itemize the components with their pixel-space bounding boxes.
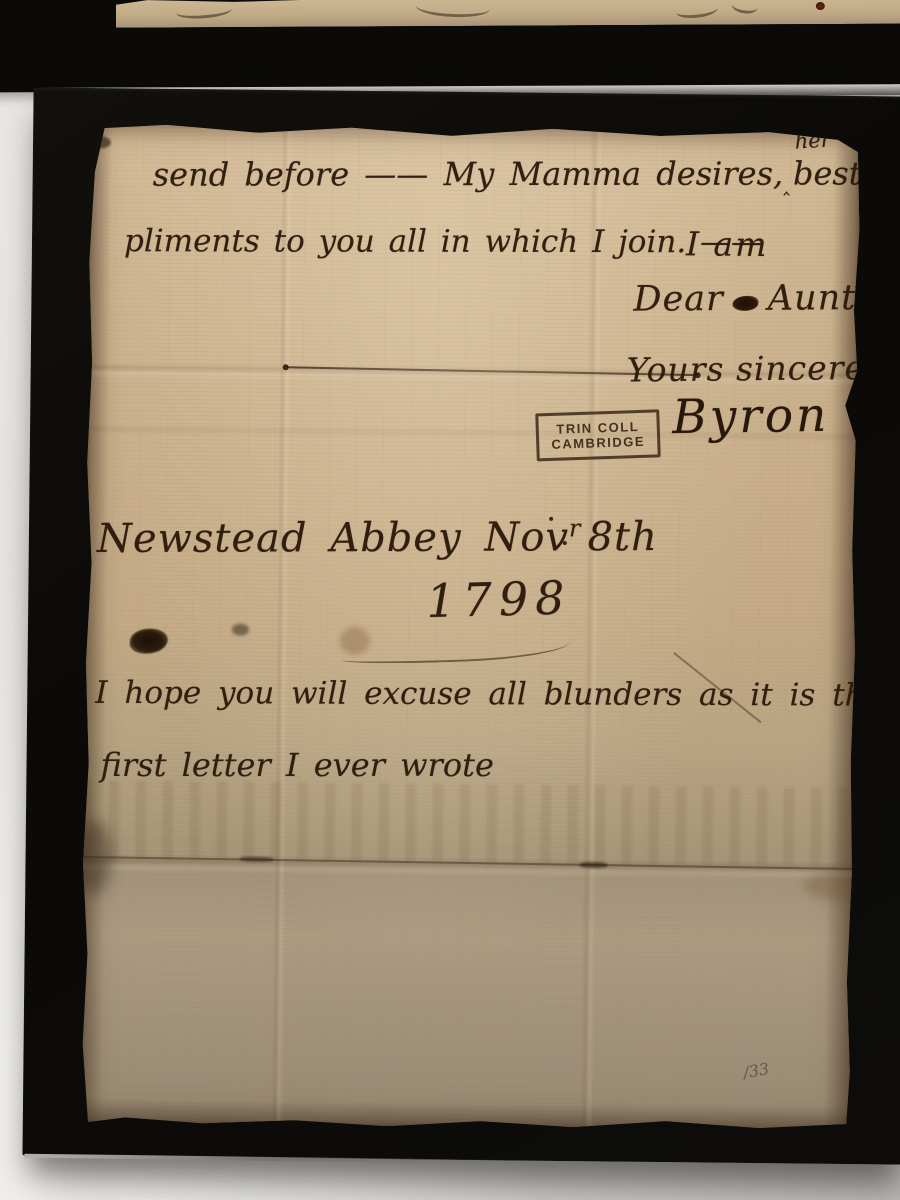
- main-picture-frame: send before —— My Mamma desires,‸herbest…: [22, 87, 900, 1164]
- ink-spot: [816, 2, 825, 10]
- letter-body-line: first letter I ever wrote: [101, 746, 494, 784]
- letter-place-date: Newstead Abbey Novr8th: [97, 514, 658, 562]
- letter-text: Aunt: [768, 278, 857, 319]
- letter-text: Newstead Abbey Nov: [97, 514, 569, 562]
- pencil-annotation: /33: [742, 1059, 771, 1082]
- letter-text: best com=: [793, 154, 900, 192]
- handwriting-trace: [175, 1, 232, 20]
- paper-stain: [803, 872, 875, 901]
- letter-text: 8th: [587, 514, 657, 560]
- superscript-r: r: [569, 514, 582, 542]
- upper-picture-frame: [0, 0, 900, 92]
- paper-stain: [75, 820, 112, 894]
- letter-text: Dear: [633, 279, 724, 320]
- letter-body-line: I hope you will excuse all blunders as i…: [95, 675, 883, 714]
- paper-stain: [89, 136, 111, 148]
- letter-line-opening: send before —— My Mamma desires,‸herbest…: [153, 154, 900, 196]
- letter-salutation: DearAunt: [633, 278, 856, 320]
- ink-blot: [130, 628, 168, 653]
- inserted-word: her: [794, 128, 831, 154]
- letter-line-second: pliments to you all in which I join. ——: [124, 223, 762, 260]
- insertion-caret: ‸: [783, 172, 790, 196]
- letter-year: 1798: [426, 571, 572, 629]
- pen-flourish: [341, 640, 569, 666]
- letter-closing: Yours sincerely: [627, 348, 897, 390]
- letter-signature: Byron: [672, 388, 830, 445]
- handwriting-trace: [675, 0, 718, 20]
- letter-i-am: I am: [686, 224, 769, 264]
- letter-paper: send before —— My Mamma desires,‸herbest…: [79, 122, 861, 1132]
- handwriting-trace: [415, 0, 490, 19]
- ink-blot: [733, 296, 759, 311]
- library-stamp: TRIN COLL CAMBRIDGE: [535, 409, 661, 461]
- ink-smudge: [232, 624, 249, 636]
- letter-text: send before —— My Mamma desires,: [153, 155, 784, 194]
- stamp-line: CAMBRIDGE: [551, 434, 645, 452]
- letter-text: herbest com=: [793, 154, 900, 192]
- paper-fold-texture: [82, 780, 855, 866]
- handwriting-trace: [731, 0, 759, 15]
- upper-letter-paper-edge: [116, 0, 900, 28]
